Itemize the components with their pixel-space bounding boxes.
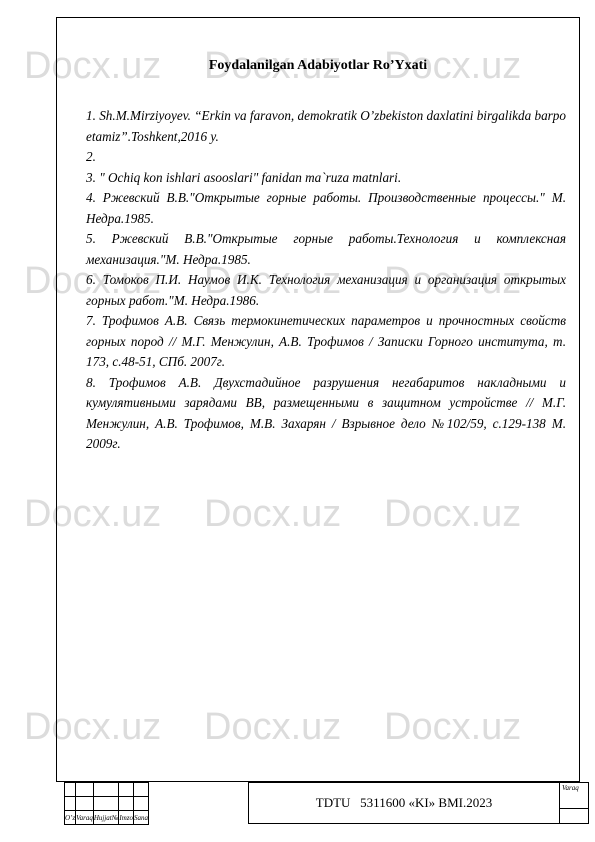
stamp-cell: [119, 783, 134, 797]
stamp-col-sheet: Varaq: [76, 811, 94, 825]
stamp-cell: [93, 783, 119, 797]
sheet-label: Varaq: [562, 784, 579, 792]
stamp-cell: [76, 797, 94, 811]
stamp-cell: [93, 797, 119, 811]
stamp-cell: [119, 797, 134, 811]
stamp-row-empty: [65, 783, 149, 797]
stamp-grid: O’z Varaq Hujjat№ Imzo Sana: [64, 782, 149, 825]
reference-item: 4. Ржевский В.В."Открытые горные работы.…: [86, 188, 566, 229]
reference-item: 7. Трофимов А.В. Связь термокинетических…: [86, 311, 566, 373]
stamp-header-row: O’z Varaq Hujjat№ Imzo Sana: [65, 811, 149, 825]
stamp-row-empty: [65, 797, 149, 811]
stamp-col-signature: Imzo: [119, 811, 134, 825]
reference-item: 2.: [86, 147, 566, 168]
stamp-col-date: Sana: [133, 811, 148, 825]
stamp-cell: [133, 783, 148, 797]
document-code: TDTU 5311600 «KI» BMI.2023: [248, 782, 560, 824]
stamp-cell: [133, 797, 148, 811]
reference-item: 8. Трофимов А.В. Двухстадийное разрушени…: [86, 373, 566, 455]
stamp-col-change: O’z: [65, 811, 76, 825]
sheet-divider: [560, 808, 588, 809]
page-title: Foydalanilgan Adabiyotlar Ro’Yxati: [56, 58, 580, 74]
stamp-cell: [76, 783, 94, 797]
stamp-cell: [65, 783, 76, 797]
document-code-text: TDTU 5311600 «KI» BMI.2023: [316, 795, 492, 811]
stamp-col-document-no: Hujjat№: [93, 811, 119, 825]
sheet-number-box: Varaq: [560, 782, 589, 824]
reference-item: 5. Ржевский В.В."Открытые горные работы.…: [86, 229, 566, 270]
reference-item: 3. " Ochiq kon ishlari asooslari" fanida…: [86, 168, 566, 189]
reference-item: 6. Томоков П.И. Наумов И.К. Технология м…: [86, 270, 566, 311]
reference-item: 1. Sh.M.Mirziyoyev. “Erkin va faravon, d…: [86, 106, 566, 147]
stamp-cell: [65, 797, 76, 811]
references-list: 1. Sh.M.Mirziyoyev. “Erkin va faravon, d…: [86, 106, 566, 455]
